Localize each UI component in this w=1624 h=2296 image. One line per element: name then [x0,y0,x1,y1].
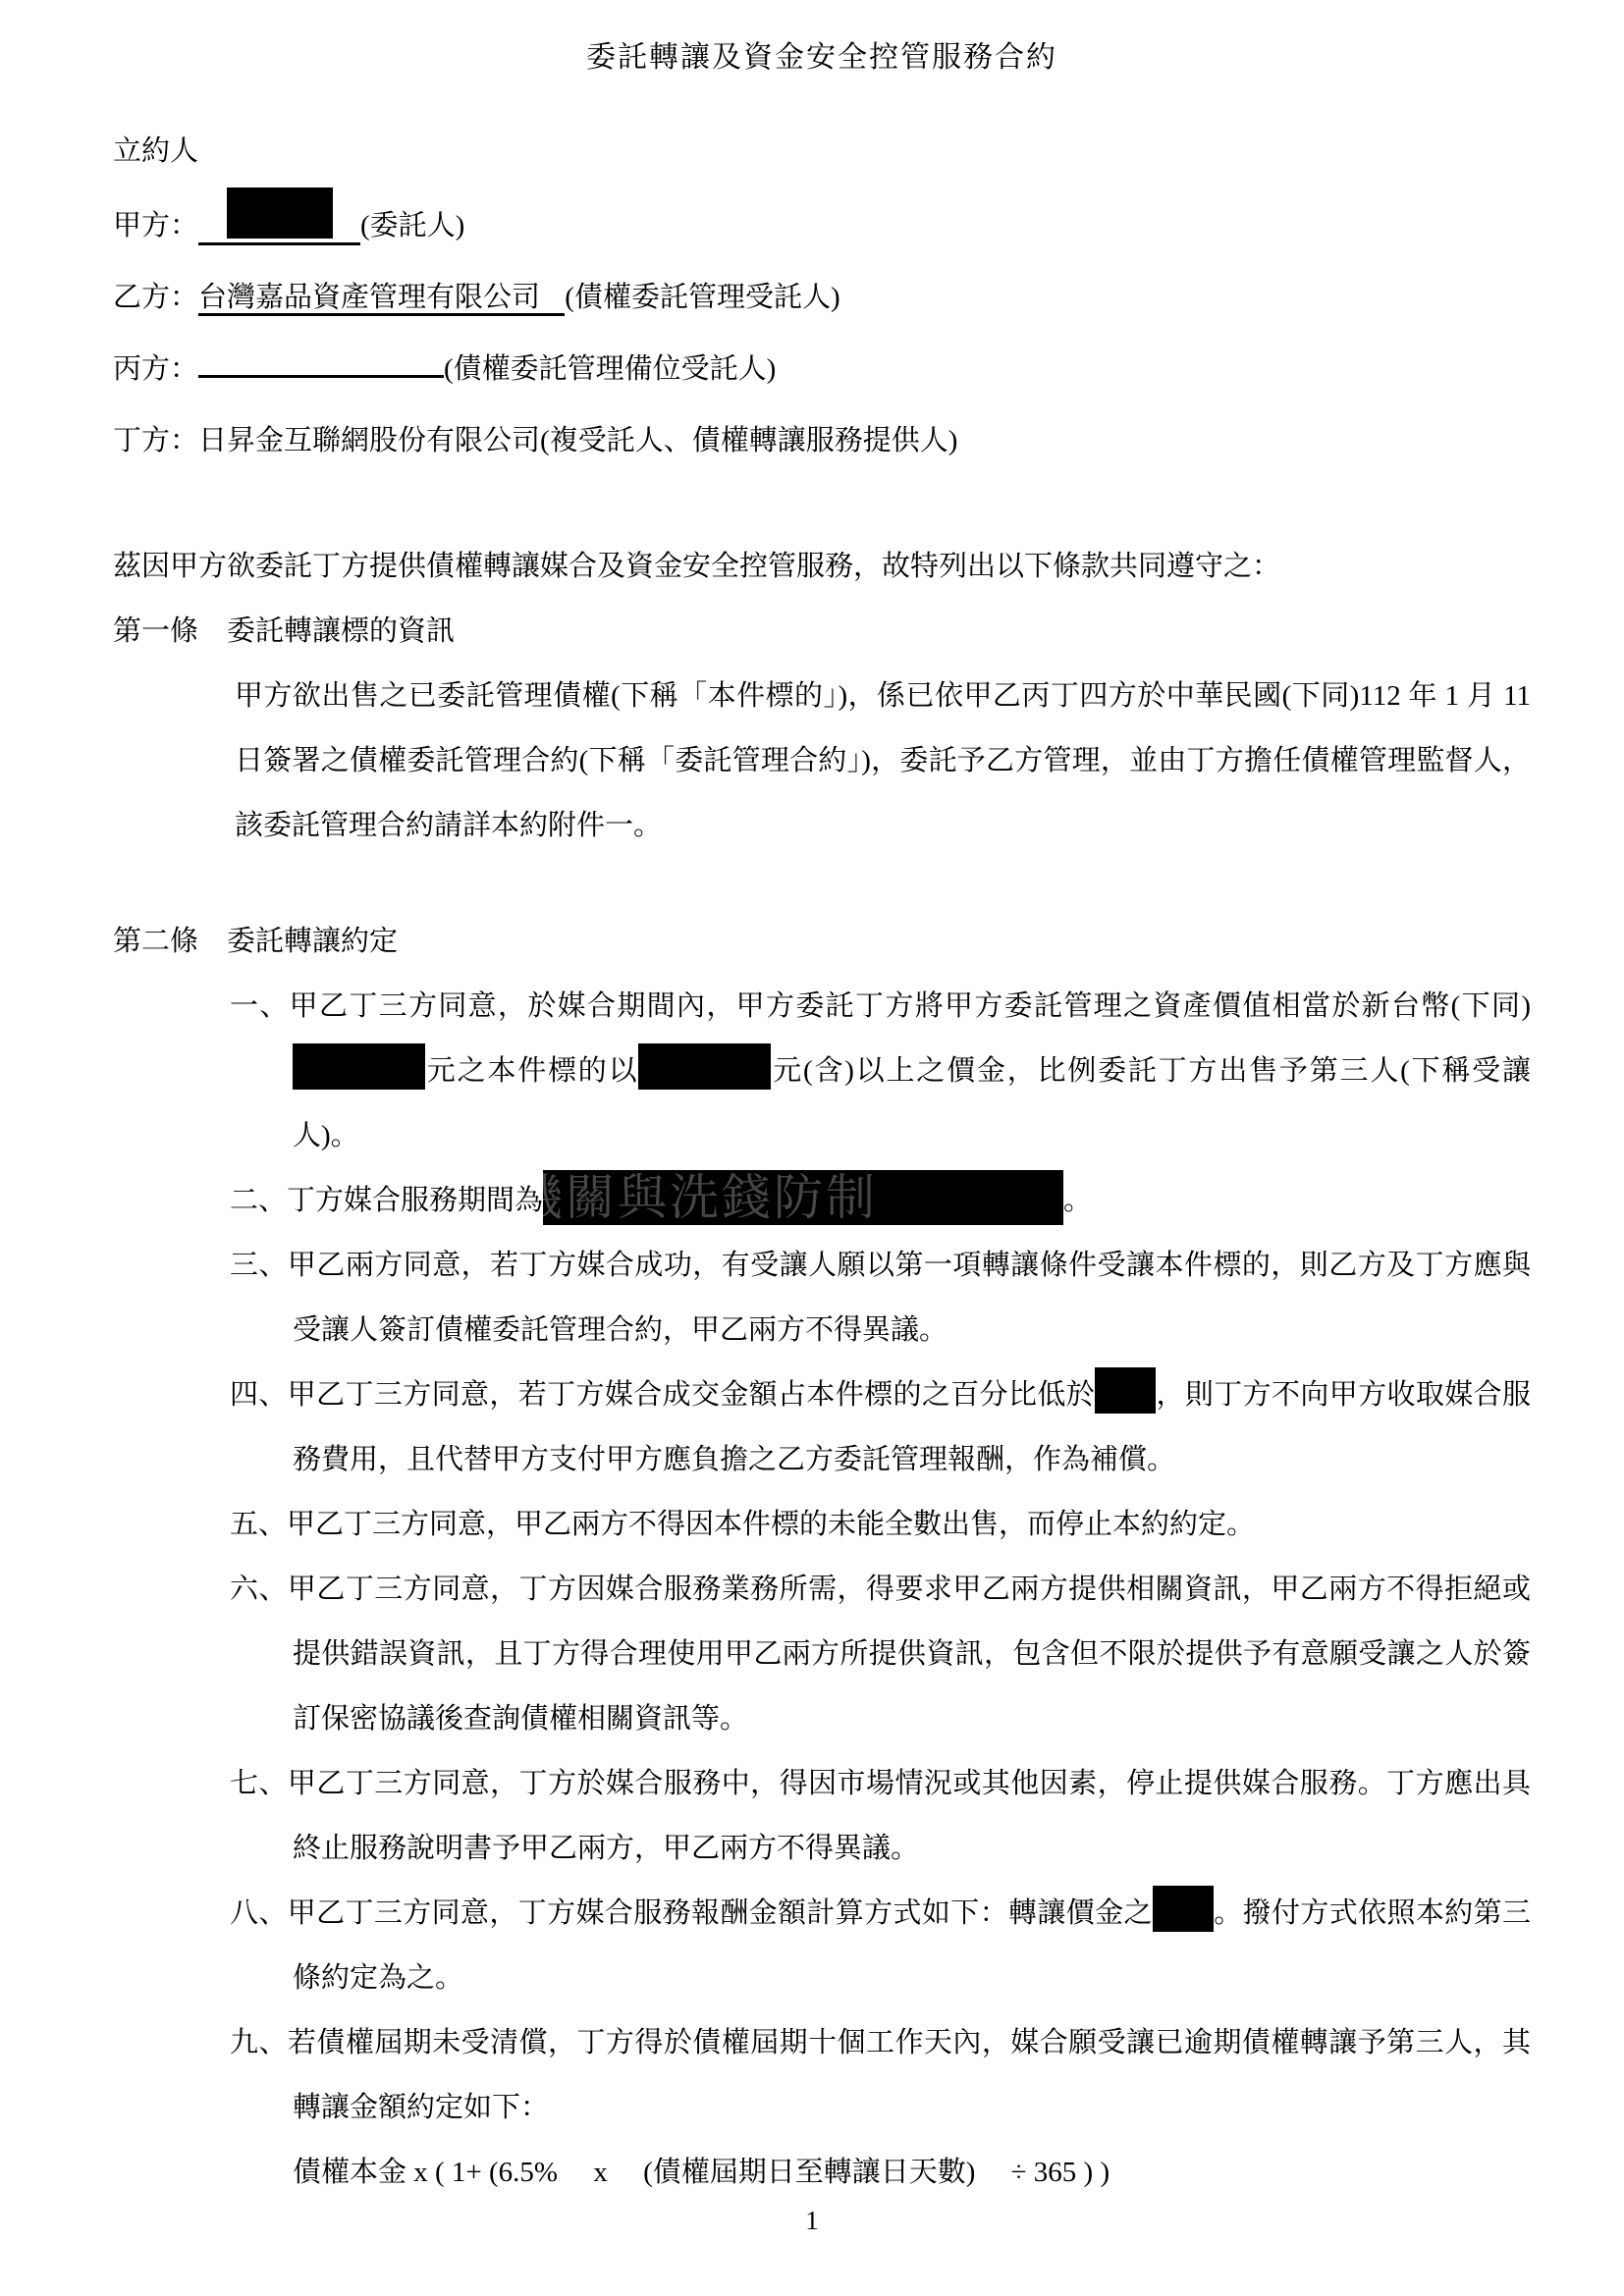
item-8-fee-redaction-box [1153,1886,1214,1932]
item-6-number: 六、 [230,1574,288,1605]
party-c-role: (債權委託管理備位受託人) [444,353,776,385]
item-1-text-mid: 元之本件標的以 [425,1055,638,1087]
party-b-label: 乙方： [113,282,198,313]
article2-item-2: 二、丁方媒合服務期間為攵府機關與洗錢防制。 [230,1168,1531,1233]
contract-page: 委託轉讓及資金安全控管服務合約 立約人 甲方：(委託人) 乙方：台灣嘉品資產管理… [0,0,1624,2296]
item-2-number: 二、 [230,1185,287,1216]
item-4-number: 四、 [230,1379,288,1411]
item-7-text: 甲乙丁三方同意，丁方於媒合服務中，得因市場情況或其他因素，停止提供媒合服務。丁方… [288,1768,1531,1864]
item-5-text: 甲乙丁三方同意，甲乙兩方不得因本件標的未能全數出售，而停止本約約定。 [287,1509,1255,1540]
party-d-name: 日昇金互聯網股份有限公司 [198,425,540,456]
item-1-number: 一、 [230,990,290,1022]
item-1-amount-redaction-box-1 [293,1043,425,1090]
item-8-text-pre: 甲乙丁三方同意，丁方媒合服務報酬金額計算方式如下：轉讓價金之 [288,1897,1153,1929]
article2-item-4: 四、甲乙丁三方同意，若丁方媒合成交金額占本件標的之百分比低於，則丁方不向甲方收取… [230,1362,1531,1492]
item-7-number: 七、 [230,1768,288,1799]
party-a-label: 甲方： [113,210,198,241]
party-a-role: (委託人) [360,210,464,241]
item-2-text-post: 。 [1063,1185,1092,1216]
article1-heading: 第一條 委託轉讓標的資訊 [113,599,1531,664]
article2-item-3: 三、甲乙兩方同意，若丁方媒合成功，有受讓人願以第一項轉讓條件受讓本件標的，則乙方… [230,1233,1531,1362]
item-5-number: 五、 [230,1509,287,1540]
item-9-text: 若債權屆期未受清償，丁方得於債權屆期十個工作天內，媒合願受讓已逾期債權轉讓予第三… [288,2027,1531,2123]
article2-item-6: 六、甲乙丁三方同意，丁方因媒合服務業務所需，得要求甲乙兩方提供相關資訊，甲乙兩方… [230,1557,1531,1751]
party-d-line: 丁方：日昇金互聯網股份有限公司(複受託人、債權轉讓服務提供人) [113,405,1531,477]
article1-body: 甲方欲出售之已委託管理債權(下稱「本件標的」)，係已依甲乙丙丁四方於中華民國(下… [235,664,1531,858]
item-1-text-pre: 甲乙丁三方同意，於媒合期間內，甲方委託丁方將甲方委託管理之資產價值相當於新台幣(… [290,990,1531,1022]
item-4-text-pre: 甲乙丁三方同意，若丁方媒合成交金額占本件標的之百分比低於 [288,1379,1095,1411]
article2-item-9: 九、若債權屆期未受清償，丁方得於債權屆期十個工作天內，媒合願受讓已逾期債權轉讓予… [230,2010,1531,2205]
transfer-amount-formula: 債權本金 x ( 1+ (6.5% x (債權屆期日至轉讓日天數) ÷ 365 … [293,2140,1531,2205]
article2-item-7: 七、甲乙丁三方同意，丁方於媒合服務中，得因市場情況或其他因素，停止提供媒合服務。… [230,1751,1531,1881]
party-b-line: 乙方：台灣嘉品資產管理有限公司 (債權委託管理受託人) [113,262,1531,334]
parties-heading: 立約人 [113,116,1531,187]
party-c-line: 丙方：(債權委託管理備位受託人) [113,334,1531,405]
article2-item-1: 一、甲乙丁三方同意，於媒合期間內，甲方委託丁方將甲方委託管理之資產價值相當於新台… [230,974,1531,1168]
article2-item-5: 五、甲乙丁三方同意，甲乙兩方不得因本件標的未能全數出售，而停止本約約定。 [230,1492,1531,1557]
item-8-number: 八、 [230,1897,288,1929]
item-1-amount-redaction-box-2 [638,1043,771,1090]
item-6-text: 甲乙丁三方同意，丁方因媒合服務業務所需，得要求甲乙兩方提供相關資訊，甲乙兩方不得… [288,1574,1531,1735]
document-title: 委託轉讓及資金安全控管服務合約 [113,26,1531,90]
item-2-text-pre: 丁方媒合服務期間為 [287,1185,543,1216]
preamble: 茲因甲方欲委託丁方提供債權轉讓媒合及資金安全控管服務，故特列出以下條款共同遵守之… [113,534,1531,599]
watermark-text: 攵府機關與洗錢防制 [543,1170,878,1225]
article2-heading: 第二條 委託轉讓約定 [113,909,1531,974]
article2-item-8: 八、甲乙丁三方同意，丁方媒合服務報酬金額計算方式如下：轉讓價金之。撥付方式依照本… [230,1881,1531,2010]
item-9-number: 九、 [230,2027,288,2058]
item-2-period-redaction-box: 攵府機關與洗錢防制 [543,1170,1063,1225]
page-number: 1 [0,2206,1624,2235]
party-b-name: 台灣嘉品資產管理有限公司 [198,282,565,316]
item-3-number: 三、 [230,1250,288,1281]
item-4-percent-redaction-box [1095,1367,1156,1414]
party-a-line: 甲方：(委託人) [113,187,1531,262]
party-d-role: (複受託人、債權轉讓服務提供人) [540,425,957,456]
item-3-text: 甲乙兩方同意，若丁方媒合成功，有受讓人願以第一項轉讓條件受讓本件標的，則乙方及丁… [288,1250,1531,1346]
party-d-label: 丁方： [113,425,198,456]
party-c-name-blank-underline [198,336,444,378]
party-a-name-underline [198,187,360,245]
party-c-label: 丙方： [113,353,198,385]
party-b-role: (債權委託管理受託人) [565,282,839,313]
party-a-redaction-box [227,187,333,239]
